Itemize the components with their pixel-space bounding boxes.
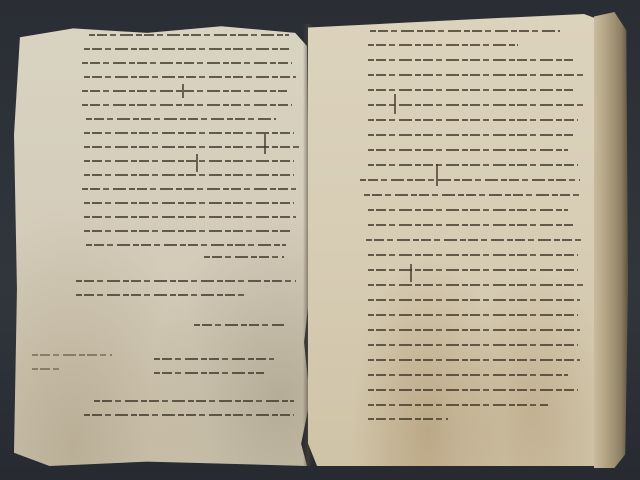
ink-stroke [410,264,412,282]
script-line [368,389,578,391]
annotation-line [84,414,294,416]
marginal-note [32,368,62,370]
script-line [370,30,560,32]
right-manuscript-page [308,14,608,466]
script-line [84,132,294,134]
script-line [84,160,294,162]
script-line [368,284,583,286]
script-line [368,59,573,61]
signature [204,256,284,258]
annotation-line [154,358,274,360]
script-line [368,344,578,346]
script-line [368,104,583,106]
script-line [368,209,568,211]
script-line [84,146,299,148]
left-manuscript-page [14,24,310,466]
ink-stroke [196,154,198,172]
script-line [84,48,289,50]
script-line [368,329,580,331]
script-line [368,418,448,420]
script-line [364,194,579,196]
script-line [82,62,292,64]
script-line [368,404,548,406]
script-line [84,230,292,232]
annotation-line [154,372,264,374]
script-line [84,174,294,176]
annotation-line [94,400,294,402]
script-line [368,74,583,76]
script-line [368,119,578,121]
marginal-note [32,354,112,356]
script-line [368,269,578,271]
script-line [368,134,573,136]
script-line [368,374,568,376]
script-line [84,216,296,218]
script-line [368,314,578,316]
script-line [89,34,289,36]
script-line [368,299,580,301]
ink-stroke [182,84,184,98]
script-line [366,239,581,241]
script-line [368,224,573,226]
script-line [82,104,292,106]
script-line [86,118,276,120]
script-line [84,76,296,78]
script-line [76,294,246,296]
ink-stroke [264,134,266,154]
ink-stroke [394,94,396,114]
script-line [368,149,568,151]
script-line [76,280,296,282]
page-block-edge [594,12,628,468]
script-line [368,89,573,91]
script-line [86,244,286,246]
script-line [368,359,580,361]
script-line [84,202,294,204]
signature [194,324,284,326]
ink-stroke [436,164,438,186]
script-line [368,44,518,46]
script-line [82,188,296,190]
script-line [368,164,578,166]
script-line [360,179,580,181]
script-line [82,90,287,92]
script-line [368,254,578,256]
